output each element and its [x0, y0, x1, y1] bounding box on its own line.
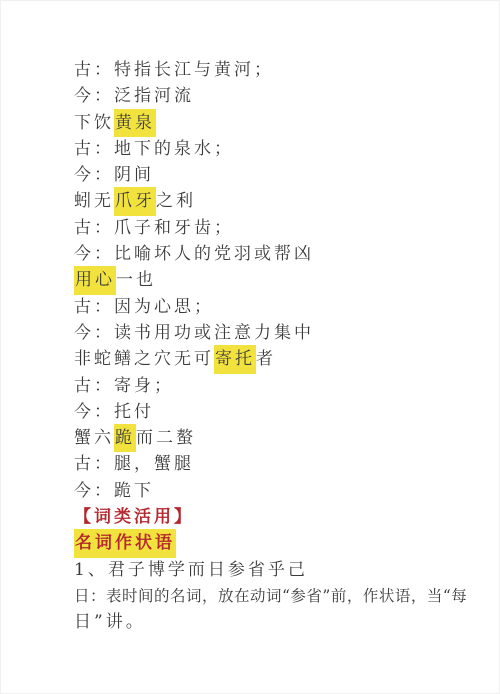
text-segment: 古：地下的泉水；: [74, 136, 234, 162]
text-line: 日”讲。: [74, 609, 469, 635]
text-segment: 今：跪下: [74, 478, 154, 504]
text-segment: 者: [256, 346, 276, 372]
text-line: 今：读书用功或注意力集中: [74, 320, 469, 346]
text-segment: 蚓无: [74, 188, 114, 214]
text-line: 名词作状语: [74, 530, 469, 556]
text-line: 今：跪下: [74, 478, 469, 504]
text-segment: 古：腿，蟹腿: [74, 451, 194, 477]
text-segment: 蟹六: [74, 425, 114, 451]
highlighted-text: 名词作状语: [74, 529, 176, 557]
document-lines: 古：特指长江与黄河；今：泛指河流下饮黄泉古：地下的泉水；今：阴间蚓无爪牙之利古：…: [74, 57, 469, 636]
text-line: 古：因为心思；: [74, 294, 469, 320]
text-segment: 今：托付: [74, 399, 154, 425]
text-segment: 非蛇鳝之穴无可: [74, 346, 214, 372]
text-segment: 今：读书用功或注意力集中: [74, 320, 314, 346]
text-line: 古：腿，蟹腿: [74, 451, 469, 477]
text-line: 日：表时间的名词，放在动词“参省”前，作状语，当“每: [74, 583, 469, 609]
text-line: 非蛇鳝之穴无可寄托者: [74, 346, 469, 372]
text-line: 今：阴间: [74, 162, 469, 188]
text-segment: 【词类活用】: [74, 504, 194, 530]
text-line: 古：爪子和牙齿；: [74, 215, 469, 241]
highlighted-text: 用心: [74, 266, 116, 294]
text-segment: 今：阴间: [74, 162, 154, 188]
text-line: 蟹六跪而二螯: [74, 425, 469, 451]
text-line: 下饮黄泉: [74, 110, 469, 136]
text-segment: 今：比喻坏人的党羽或帮凶: [74, 241, 314, 267]
highlighted-text: 黄泉: [114, 109, 156, 137]
text-line: 用心一也: [74, 267, 469, 293]
text-line: 古：地下的泉水；: [74, 136, 469, 162]
text-segment: 今：泛指河流: [74, 83, 194, 109]
text-line: 【词类活用】: [74, 504, 469, 530]
text-line: 今：比喻坏人的党羽或帮凶: [74, 241, 469, 267]
text-segment: 下饮: [74, 110, 114, 136]
highlighted-text: 寄托: [214, 345, 256, 373]
text-line: 古：特指长江与黄河；: [74, 57, 469, 83]
text-line: 今：泛指河流: [74, 83, 469, 109]
text-segment: 而二螯: [136, 425, 196, 451]
text-segment: 之利: [156, 188, 196, 214]
highlighted-text: 跪: [114, 424, 136, 452]
text-line: 今：托付: [74, 399, 469, 425]
text-line: 古：寄身；: [74, 373, 469, 399]
text-line: 1、君子博学而日参省乎己: [74, 557, 469, 583]
text-segment: 日”讲。: [74, 609, 146, 635]
text-segment: 古：爪子和牙齿；: [74, 215, 234, 241]
text-segment: 1、君子博学而日参省乎己: [74, 557, 308, 583]
text-segment: 古：因为心思；: [74, 294, 214, 320]
text-segment: 古：寄身；: [74, 373, 174, 399]
text-segment: 一也: [116, 267, 156, 293]
highlighted-text: 爪牙: [114, 187, 156, 215]
document-page: 古：特指长江与黄河；今：泛指河流下饮黄泉古：地下的泉水；今：阴间蚓无爪牙之利古：…: [0, 0, 500, 694]
text-segment: 古：特指长江与黄河；: [74, 57, 274, 83]
text-segment: 日：表时间的名词，放在动词“参省”前，作状语，当“每: [74, 583, 467, 609]
text-line: 蚓无爪牙之利: [74, 188, 469, 214]
